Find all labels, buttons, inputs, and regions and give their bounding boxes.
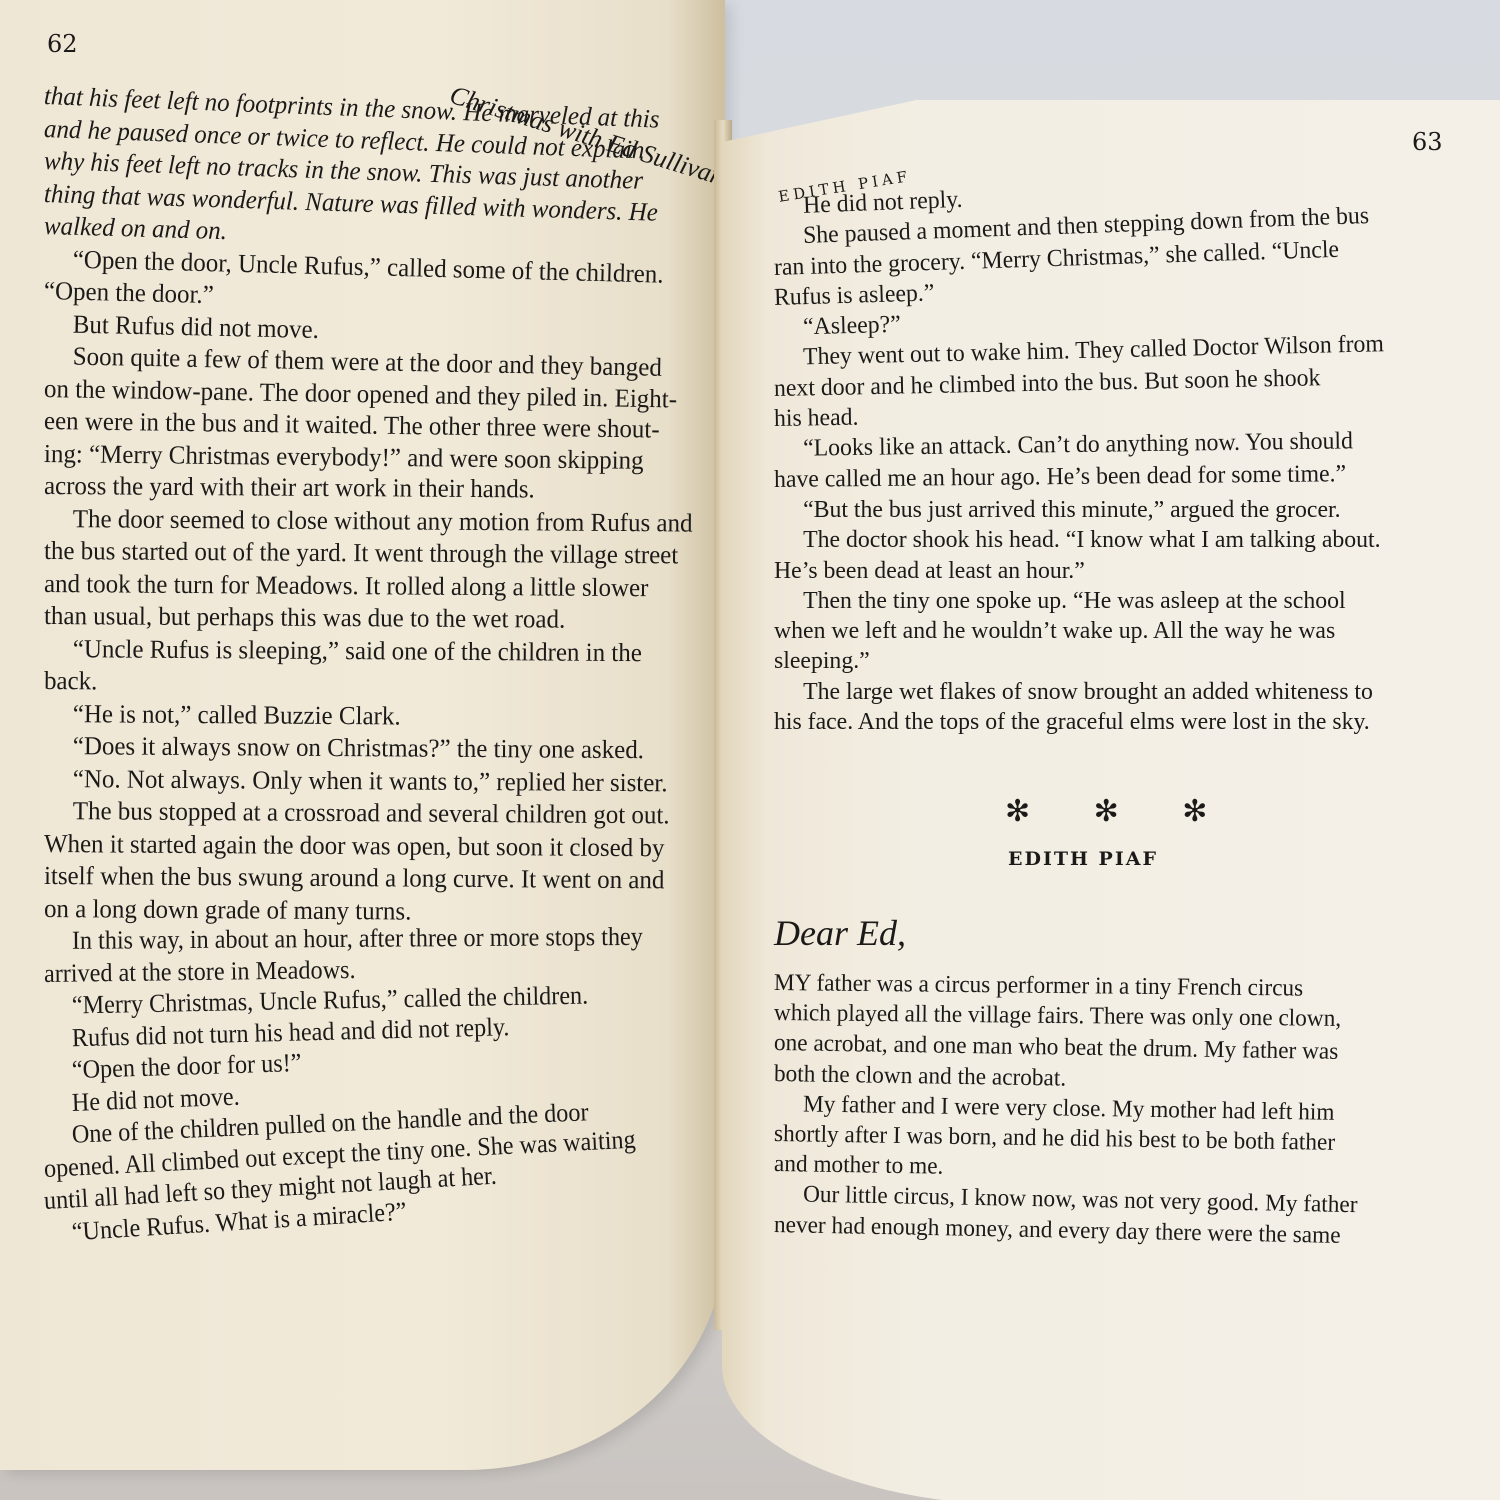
letter-body: MY father was a circus performer in a ti… [774, 968, 1454, 1240]
text-line: The large wet flakes of snow brought an … [774, 677, 1429, 707]
page-number-right: 63 [1412, 128, 1443, 156]
text-line: the bus started out of the yard. It went… [44, 535, 683, 572]
right-page-body: He did not reply.She paused a moment and… [774, 192, 1449, 737]
text-line: When it started again the door was open,… [44, 828, 683, 865]
text-line: “He is not,” called Buzzie Clark. [44, 698, 683, 735]
text-line: The doctor shook his head. “I know what … [774, 525, 1429, 555]
text-line: have called me an hour ago. He’s been de… [774, 458, 1429, 495]
text-line: The bus stopped at a crossroad and sever… [44, 795, 683, 832]
text-line: itself when the bus swung around a long … [44, 860, 683, 897]
text-line: He’s been dead at least an hour.” [774, 556, 1429, 586]
text-line: sleeping.” [774, 646, 1429, 676]
text-line: Then the tiny one spoke up. “He was asle… [774, 586, 1429, 616]
text-line: than usual, but perhaps this was due to … [44, 600, 683, 637]
text-line: when we left and he wouldn’t wake up. Al… [774, 616, 1429, 646]
letter-salutation: Dear Ed, [774, 912, 906, 954]
text-line: “Does it always snow on Christmas?” the … [44, 730, 683, 767]
left-page-body: that his feet left no footprints in the … [44, 80, 709, 1250]
text-line: “No. Not always. Only when it wants to,”… [44, 763, 683, 800]
text-line: across the yard with their art work in t… [44, 470, 683, 507]
text-line: his face. And the tops of the graceful e… [774, 707, 1429, 737]
text-line: The door seemed to close without any mot… [44, 503, 683, 540]
text-line: back. [44, 665, 683, 702]
right-page: 63 EDITH PIAF He did not reply.She pause… [722, 100, 1500, 1500]
chapter-title: EDITH PIAF [1008, 848, 1158, 870]
text-line: “But the bus just arrived this minute,” … [774, 495, 1429, 525]
page-number-left: 62 [47, 30, 78, 58]
left-page: 62 Christmas with Ed Sullivan that his f… [0, 0, 725, 1470]
text-line: “Uncle Rufus is sleeping,” said one of t… [44, 633, 683, 670]
text-line: and took the turn for Meadows. It rolled… [44, 568, 683, 605]
snowflake-icon: ✻ ✻ ✻ [1005, 794, 1235, 829]
